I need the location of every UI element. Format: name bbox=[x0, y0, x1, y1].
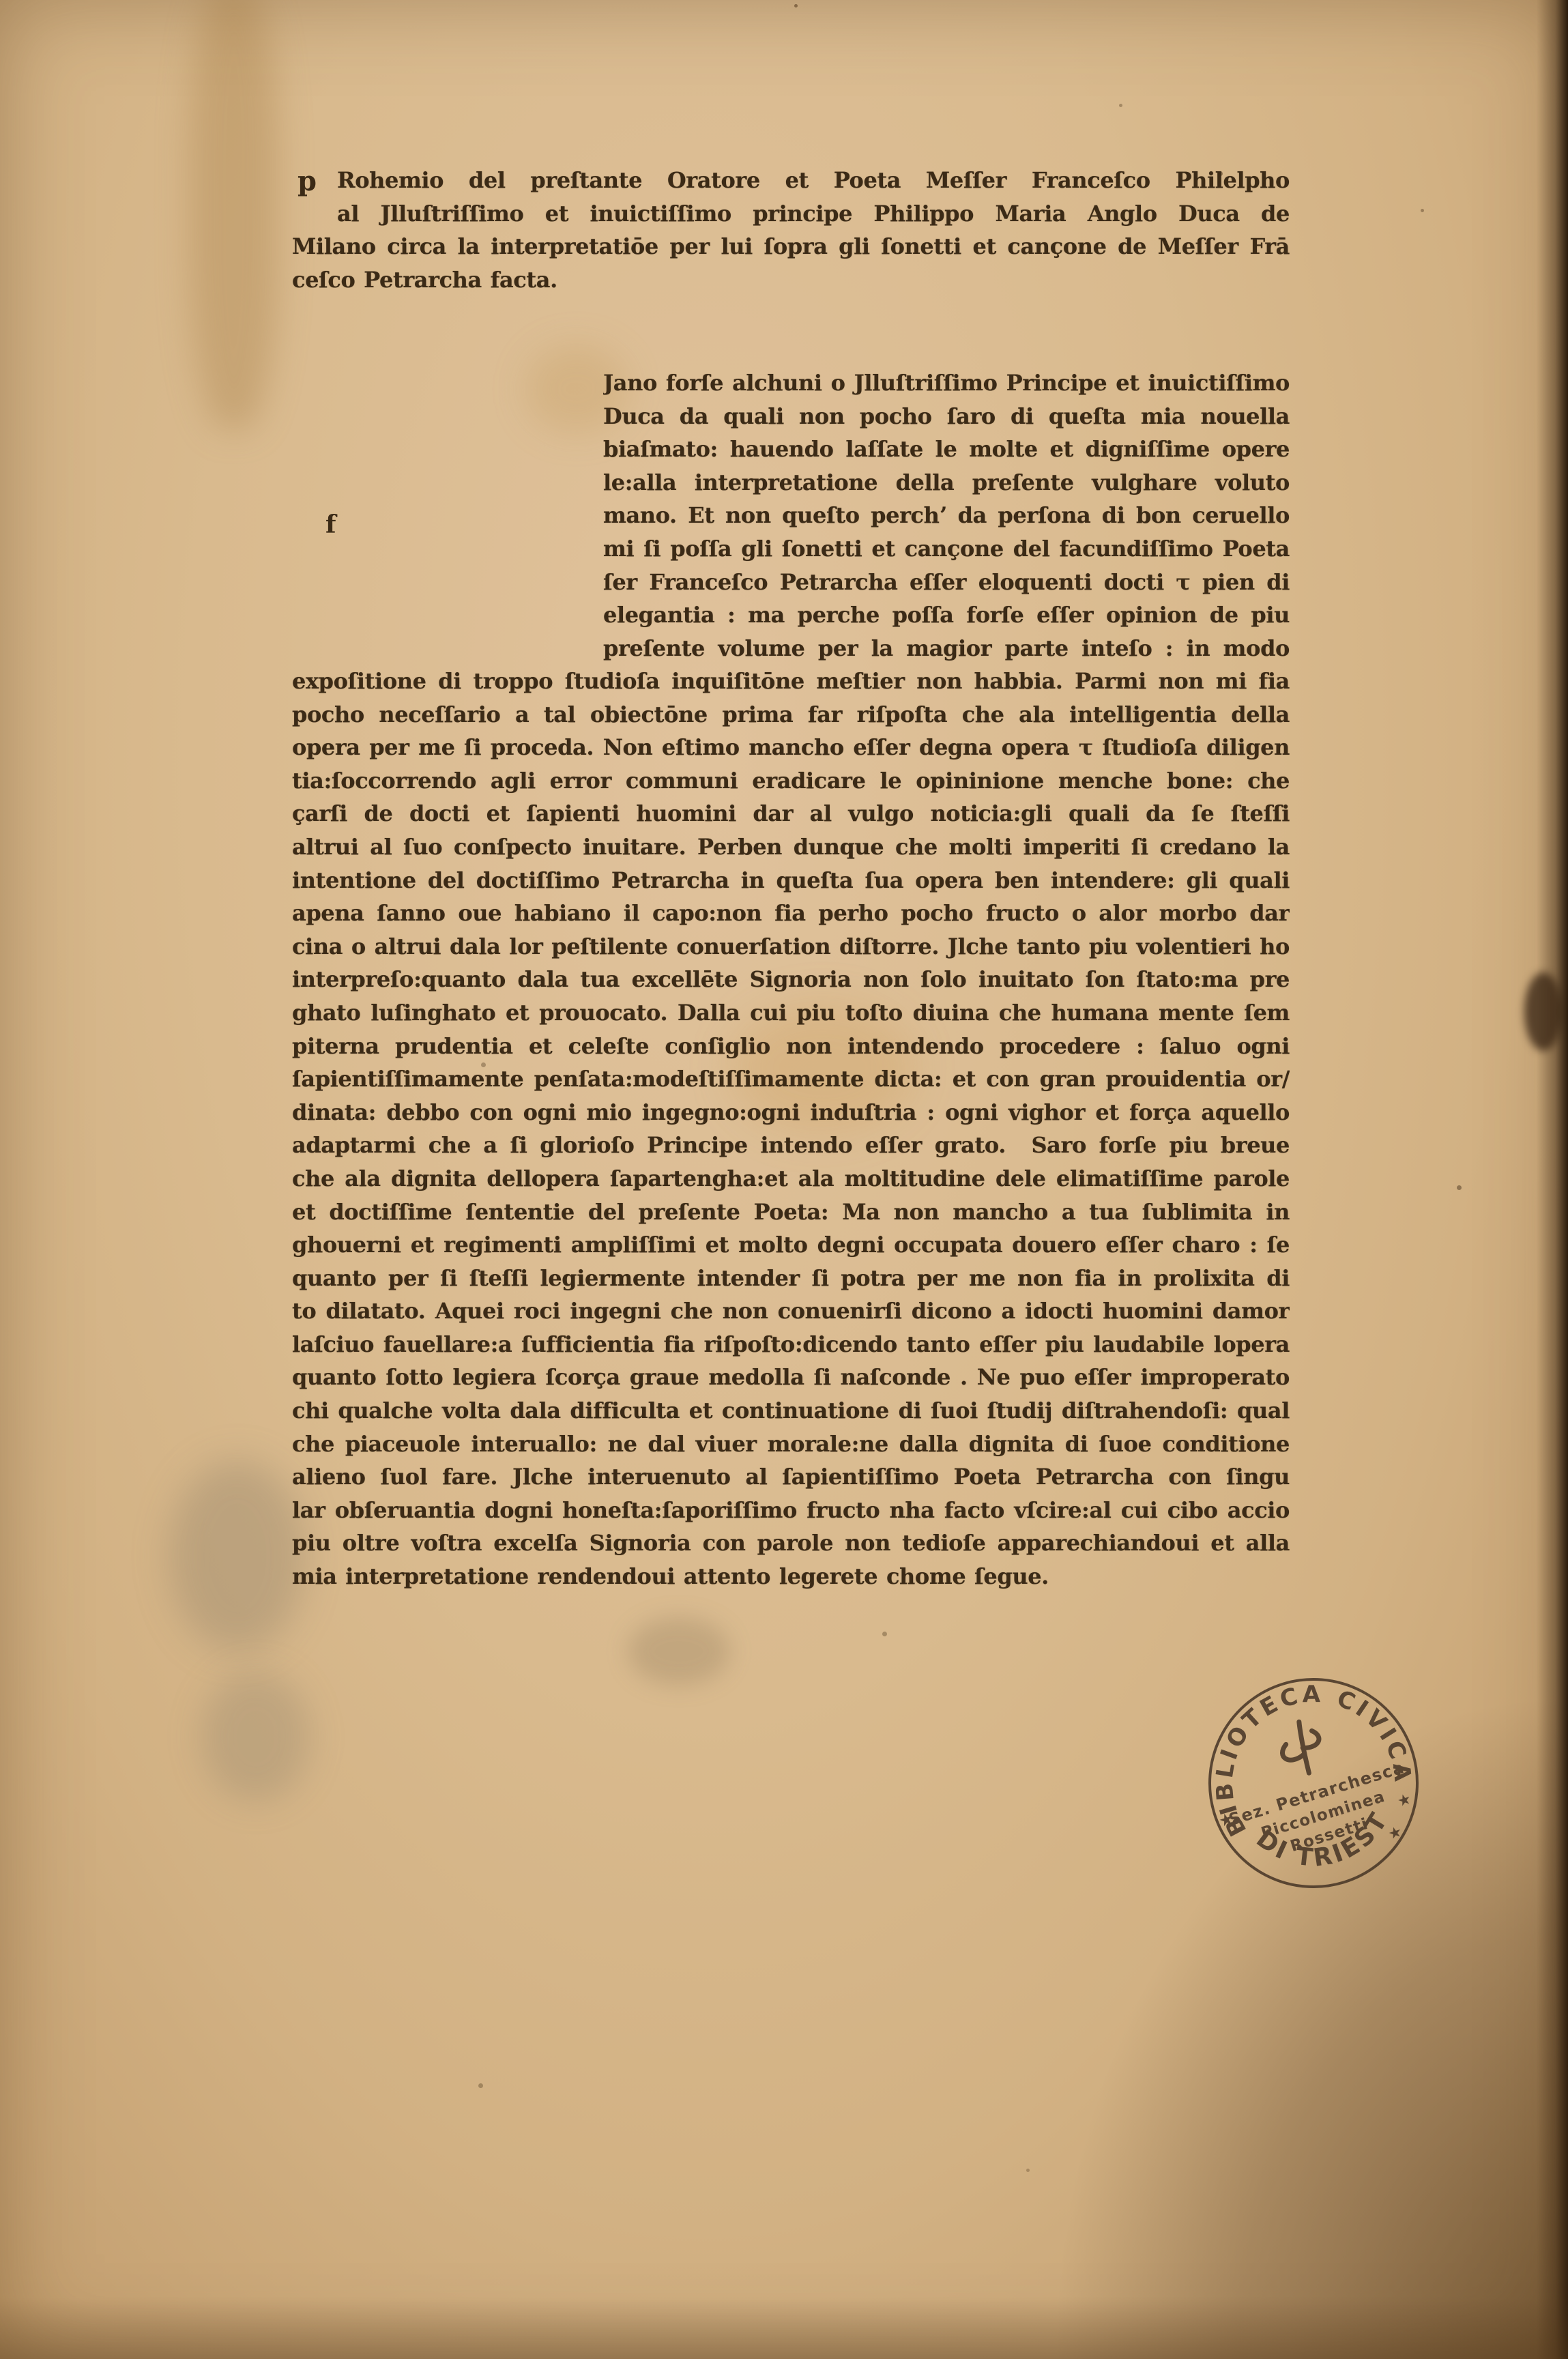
text-line: dinata: debbo con ogni mio ingegno:ogni … bbox=[292, 1096, 1290, 1129]
text-line: altrui al ſuo conſpecto inuitare. Perben… bbox=[292, 830, 1290, 864]
text-line: pocho neceſſario a tal obiectōne prima f… bbox=[292, 698, 1290, 732]
text-line: cina o altrui dala lor peſtilente conuer… bbox=[292, 930, 1290, 964]
stain bbox=[201, 1672, 310, 1801]
text-line: ſapientiſſimamente penſata:modeſtiſſimam… bbox=[292, 1062, 1290, 1096]
text-line: che piaceuole interuallo: ne dal viuer m… bbox=[292, 1428, 1290, 1461]
text-line: chi qualche volta dala difficulta et con… bbox=[292, 1394, 1290, 1428]
stain bbox=[628, 1617, 730, 1685]
text-line: preſente volume per la magior parte inte… bbox=[603, 632, 1290, 665]
text-line: çarſi de docti et ſapienti huomini dar a… bbox=[292, 797, 1290, 830]
star-icon: ★ bbox=[1395, 1791, 1413, 1811]
ink-specks bbox=[794, 4, 798, 8]
text-line: expoſitione di troppo ſtudioſa inquiſitō… bbox=[292, 665, 1290, 698]
text-line: apena ſanno oue habiano il capo:non fia … bbox=[292, 897, 1290, 930]
text-line: piu oltre voſtra excelſa Signoria con pa… bbox=[292, 1526, 1290, 1560]
stain bbox=[169, 1460, 306, 1651]
text-line: interpreſo:quanto dala tua excellēte Sig… bbox=[292, 963, 1290, 996]
text-line: opera per me ſi proceda. Non eſtimo manc… bbox=[292, 731, 1290, 764]
text-line: che ala dignita dellopera ſapartengha:et… bbox=[292, 1162, 1290, 1196]
text-line: biaſmato: hauendo laſſate le molte et di… bbox=[603, 433, 1290, 466]
library-stamp: BIBLIOTECA CIVICA DI TRIESTE ★ ★ ★ Sez. … bbox=[1195, 1665, 1432, 1901]
text-line: to dilatato. Aquei roci ingegni che non … bbox=[292, 1294, 1290, 1328]
text-line: mia interpretatione rendendoui attento l… bbox=[292, 1560, 1290, 1593]
halberd-icon bbox=[1275, 1718, 1328, 1779]
bottom-edge-shadow bbox=[0, 2298, 1568, 2359]
text-line: tia:ſoccorrendo agli error communi eradi… bbox=[292, 764, 1290, 798]
text-line: elegantia : ma perche poſſa forſe eſſer … bbox=[603, 598, 1290, 632]
text-line: laſciuo fauellare:a ſufficientia fia riſ… bbox=[292, 1328, 1290, 1361]
text-line: Milano circa la interpretatiōe per lui ſ… bbox=[292, 230, 1290, 263]
body-full-block: expoſitione di troppo ſtudioſa inquiſitō… bbox=[292, 665, 1290, 1593]
text-line: Jano forſe alchuni o Jlluſtriſſimo Princ… bbox=[603, 366, 1290, 400]
text-line: ghouerni et regimenti ampliſſimi et molt… bbox=[292, 1228, 1290, 1262]
body-indented-block: Jano forſe alchuni o Jlluſtriſſimo Princ… bbox=[603, 366, 1290, 665]
stain bbox=[190, 0, 278, 430]
heading-paragraph: Rohemio del preſtante Oratore et Poeta M… bbox=[292, 164, 1290, 296]
text-line: quanto per ſi ſteſſi legiermente intende… bbox=[292, 1262, 1290, 1295]
text-line: quanto ſotto legiera ſcorça graue medoll… bbox=[292, 1361, 1290, 1394]
text-line: mano. Et non queſto perchʼ da perſona di… bbox=[603, 499, 1290, 532]
text-line: ceſco Petrarcha facta. bbox=[292, 263, 1290, 297]
text-line: Rohemio del preſtante Oratore et Poeta M… bbox=[337, 164, 1290, 197]
text-line: piterna prudentia et celeſte conſiglio n… bbox=[292, 1030, 1290, 1063]
text-line: al Jlluſtriſſimo et inuictiſſimo princip… bbox=[337, 197, 1290, 231]
text-line: intentione del doctiſſimo Petrarcha in q… bbox=[292, 864, 1290, 897]
text-line: mi ſi poſſa gli ſonetti et cançone del f… bbox=[603, 532, 1290, 566]
text-line: adaptarmi che a ſi glorioſo Principe int… bbox=[292, 1129, 1290, 1162]
scanned-incunabulum-page: p f Rohemio del preſtante Oratore et Poe… bbox=[0, 0, 1568, 2359]
text-line: alieno ſuol fare. Jlche interuenuto al ſ… bbox=[292, 1460, 1290, 1494]
text-line: le:alla interpretatione della preſente v… bbox=[603, 466, 1290, 500]
text-line: ghato luſinghato et prouocato. Dalla cui… bbox=[292, 996, 1290, 1030]
text-line: et doctiſſime ſententie del preſente Poe… bbox=[292, 1196, 1290, 1229]
text-line: Duca da quali non pocho ſaro di queſta m… bbox=[603, 400, 1290, 433]
text-line: lar obſeruantia dogni honeſta:ſaporiſſim… bbox=[292, 1494, 1290, 1527]
text-line: ſer Franceſco Petrarcha eſſer eloquenti … bbox=[603, 566, 1290, 599]
guide-letter-f: f bbox=[325, 510, 336, 539]
